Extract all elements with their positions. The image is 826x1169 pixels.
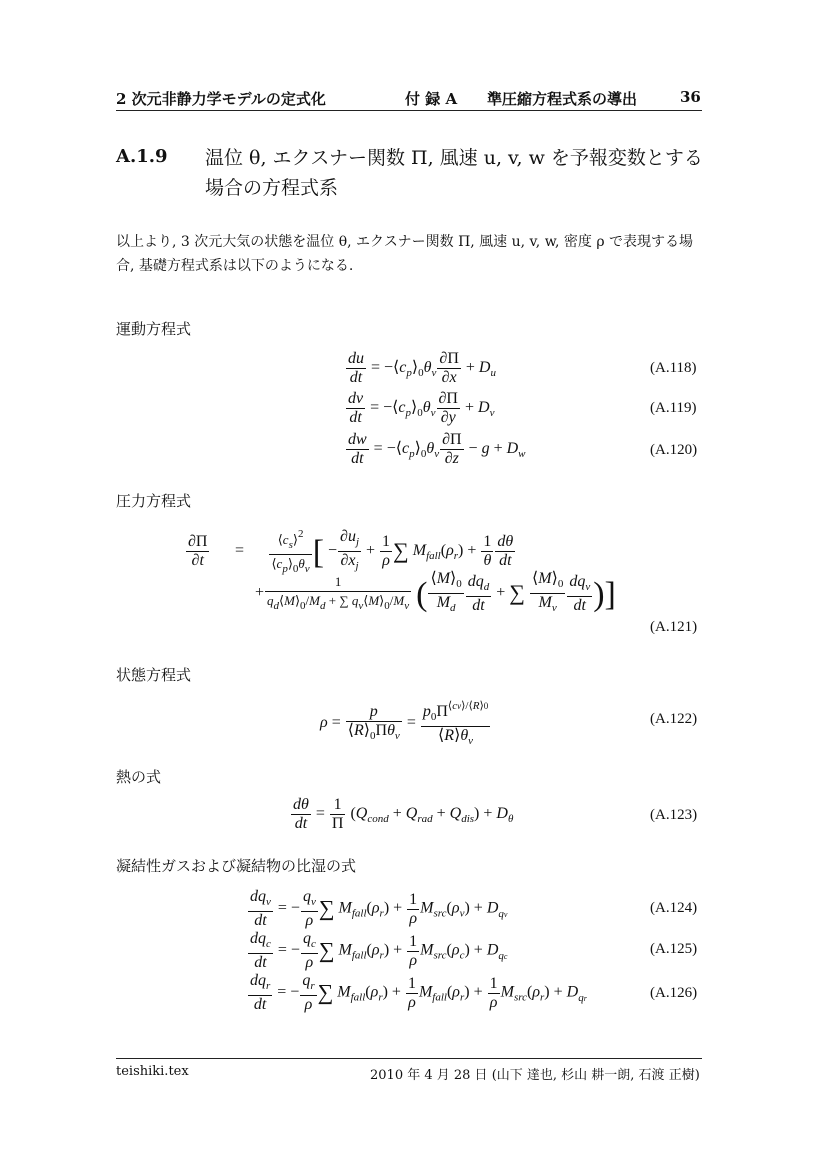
footer-rule <box>116 1058 702 1059</box>
equation-label: (A.121) <box>650 619 697 636</box>
equation-label: (A.119) <box>650 400 697 417</box>
equation-label: (A.124) <box>650 900 697 917</box>
equation-a122: ρ = p⟨R⟩0Πθv = p0Π⟨cv⟩/⟨R⟩0⟨R⟩θv <box>320 697 491 750</box>
footer-date-authors: 2010 年 4 月 28 日 (山下 達也, 杉山 耕一朗, 石渡 正樹) <box>370 1064 700 1083</box>
intro-paragraph: 以上より, 3 次元大気の状態を温位 θ, エクスナー関数 Π, 風速 u, v… <box>116 230 706 278</box>
equation-a126: dqrdt = −qrρ∑ Mfall(ρr) + 1ρMfall(ρr) + … <box>247 972 587 1014</box>
equation-a121-line2: +1qd⟨M⟩0/Md + ∑ qv⟨M⟩0/Mv (⟨M⟩0Mddqddt +… <box>255 570 616 617</box>
section-number: A.1.9 <box>116 146 168 167</box>
equation-a120: dwdt = −⟨cp⟩0θv∂Π∂z − g + Dw <box>345 431 526 468</box>
section-title: 温位 θ, エクスナー関数 Π, 風速 u, v, w を予報変数とする場合の方… <box>205 143 710 203</box>
equation-label: (A.125) <box>650 941 697 958</box>
equation-a123: dθdt = 1Π (Qcond + Qrad + Qdis) + Dθ <box>290 796 513 833</box>
header-rule <box>116 110 702 111</box>
equation-a125: dqcdt = −qcρ∑ Mfall(ρr) + 1ρMsrc(ρc) + D… <box>247 930 507 972</box>
running-header-chapter: 2 次元非静力学モデルの定式化 <box>116 88 326 109</box>
footer-filename: teishiki.tex <box>116 1064 189 1079</box>
subsection-motion: 運動方程式 <box>116 318 191 339</box>
equation-a124: dqvdt = −qvρ∑ Mfall(ρr) + 1ρMsrc(ρv) + D… <box>247 888 507 930</box>
subsection-moisture: 凝結性ガスおよび凝結物の比湿の式 <box>116 855 356 876</box>
page-number: 36 <box>680 88 701 106</box>
equation-a118: dudt = −⟨cp⟩0θv∂Π∂x + Du <box>345 350 496 387</box>
running-header-title: 準圧縮方程式系の導出 <box>487 88 637 109</box>
equation-label: (A.120) <box>650 442 697 459</box>
equation-label: (A.118) <box>650 360 697 377</box>
equation-a119: dvdt = −⟨cp⟩0θv∂Π∂y + Dv <box>345 390 494 427</box>
subsection-pressure: 圧力方程式 <box>116 490 191 511</box>
equation-label: (A.126) <box>650 985 697 1002</box>
equation-label: (A.122) <box>650 711 697 728</box>
running-header-appendix: 付 録 A <box>405 88 457 109</box>
subsection-state: 状態方程式 <box>116 664 191 685</box>
subsection-heat: 熱の式 <box>116 766 161 787</box>
equation-label: (A.123) <box>650 807 697 824</box>
